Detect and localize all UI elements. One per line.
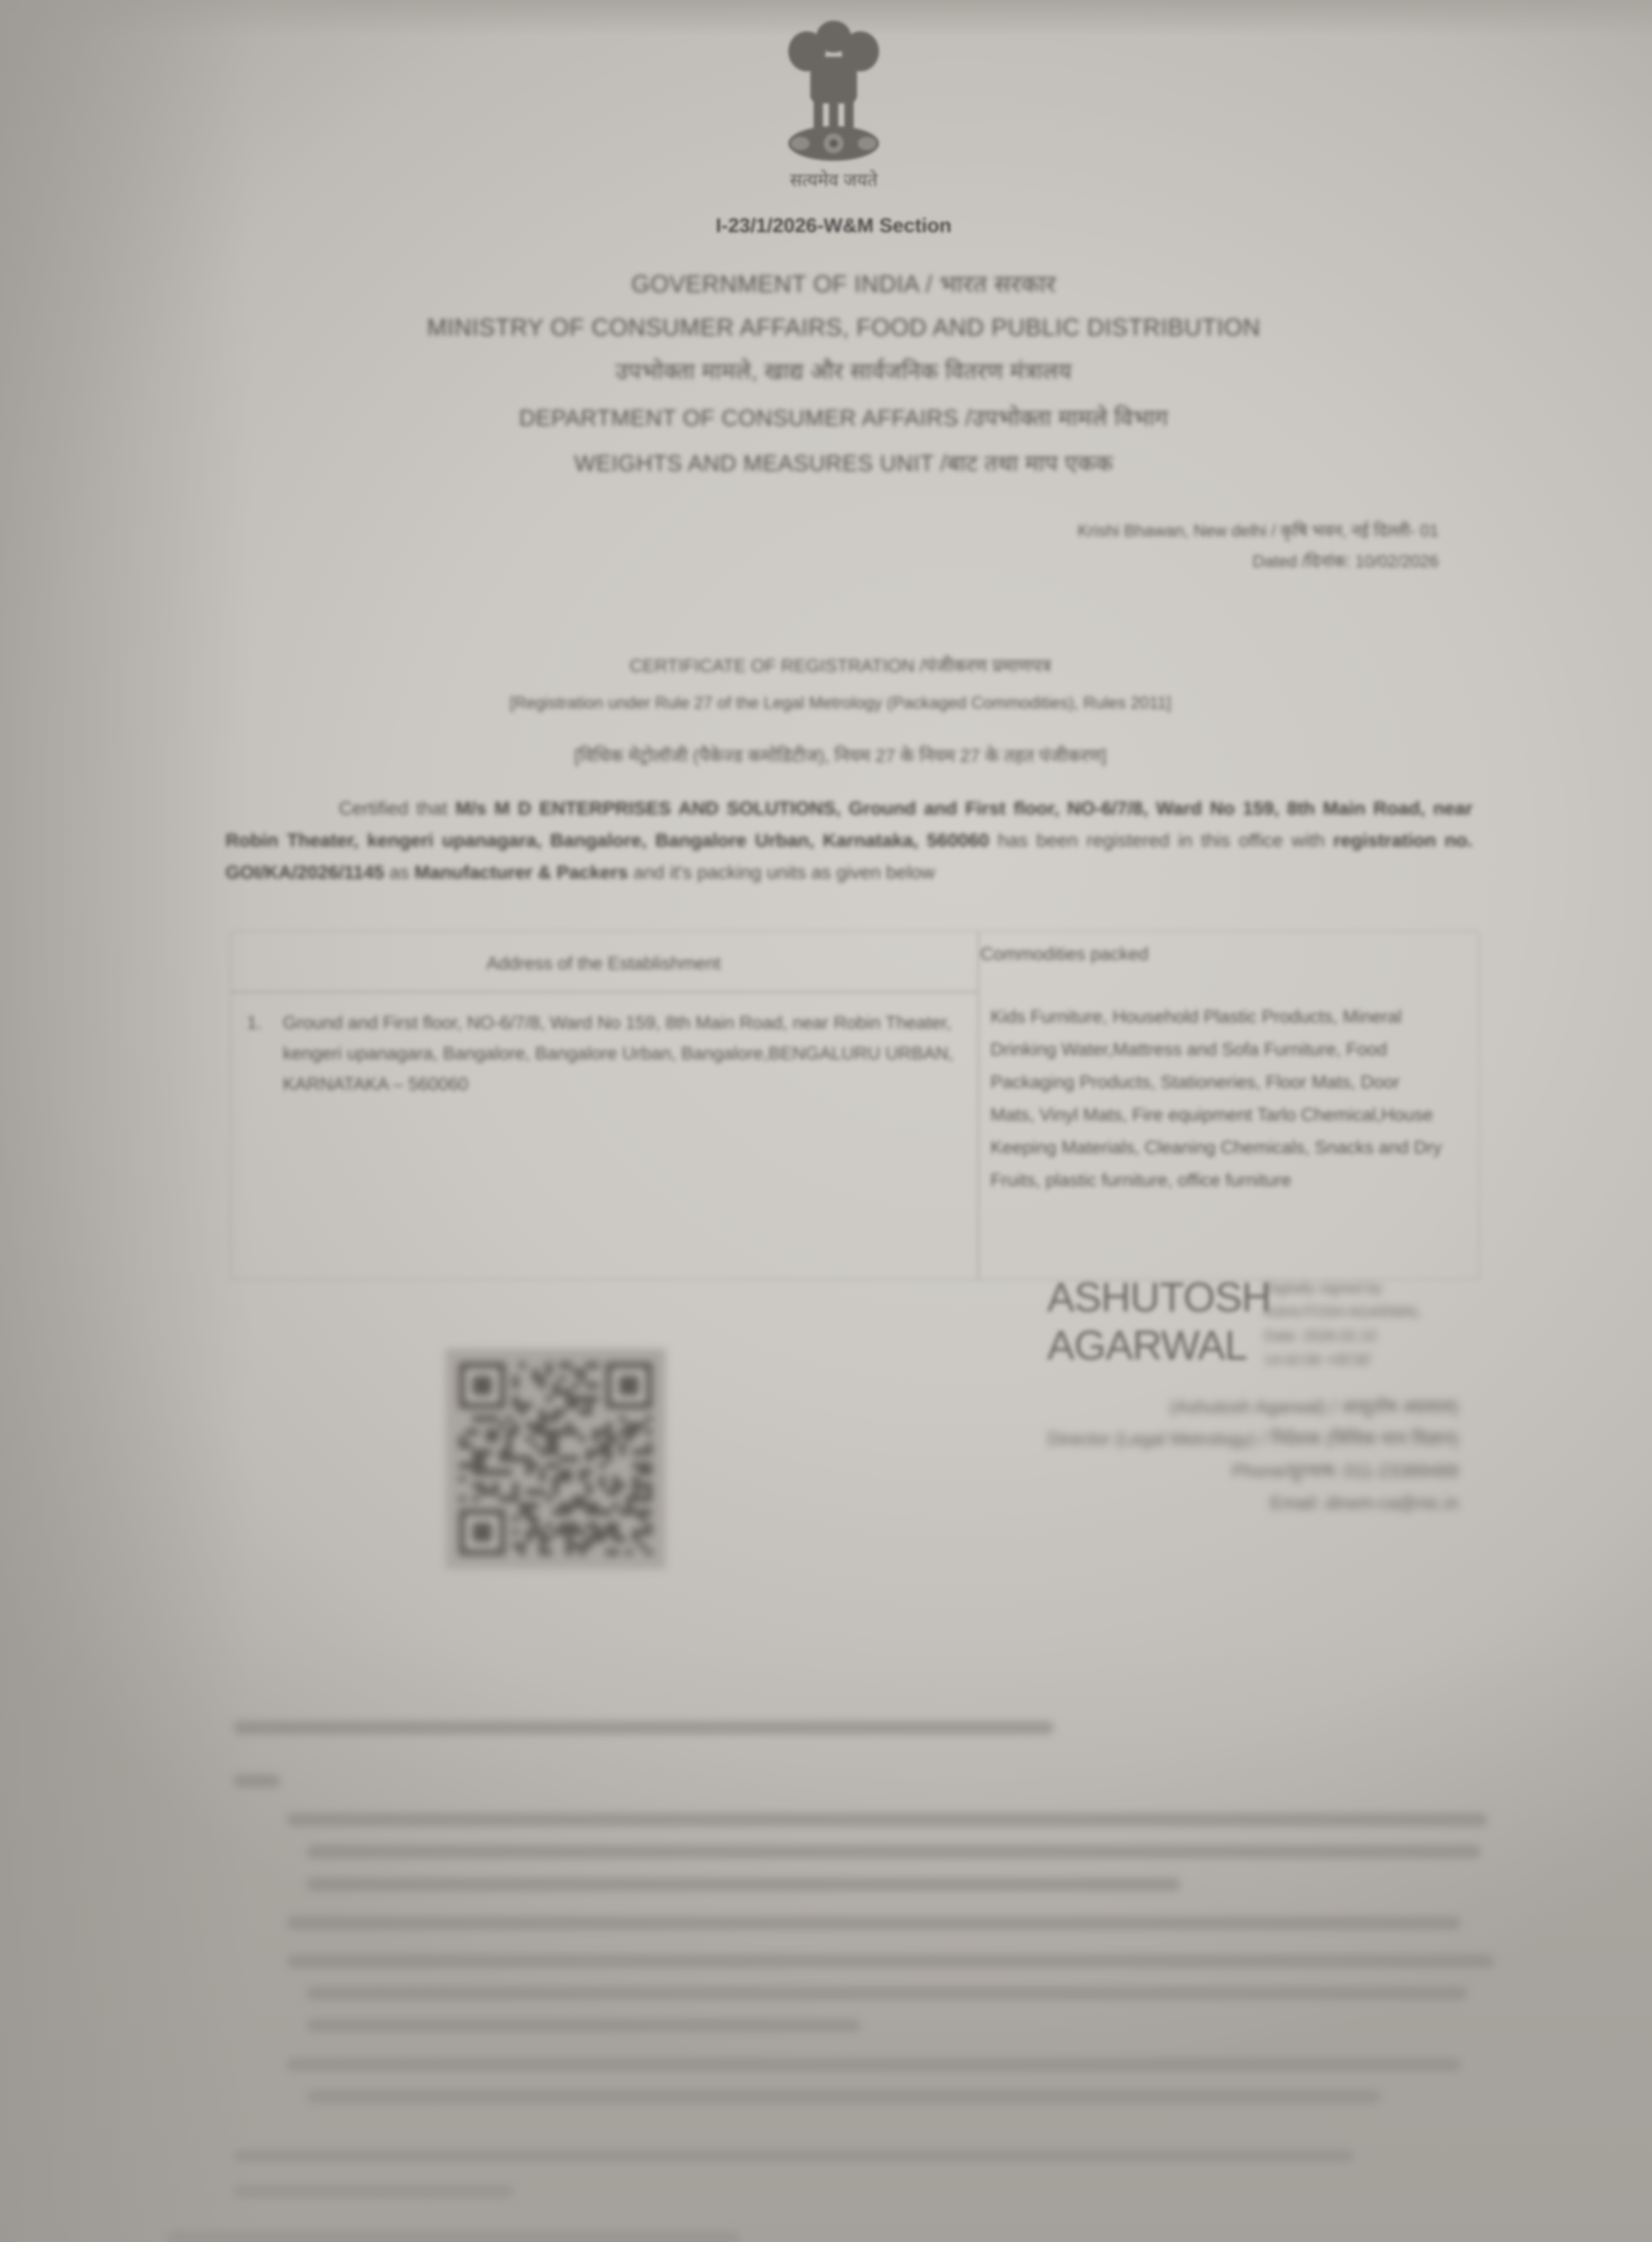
sig-meta-line: 14:42:06 +05'30' [1264, 1348, 1477, 1372]
header-unit: WEIGHTS AND MEASURES UNIT /बाट तथा माप ए… [333, 447, 1354, 478]
header-ministry-hindi: उपभोक्ता मामले, खाद्य और सार्वजनिक वितरण… [333, 355, 1354, 386]
header-department: DEPARTMENT OF CONSUMER AFFAIRS /उपभोक्ता… [333, 402, 1354, 432]
commodities-list: Kids Furniture, Household Plastic Produc… [990, 1001, 1444, 1197]
commodities-column-header: Commodities packed [980, 944, 1148, 965]
file-number: I-23/1/2026-W&M Section [600, 215, 1067, 237]
sig-meta-line: ASHUTOSH AGARWAL [1264, 1300, 1477, 1324]
header-government: GOVERNMENT OF INDIA / भारत सरकार [333, 267, 1354, 300]
photo-shadow [0, 0, 253, 2242]
sig-meta-line: Date: 2026.02.10 [1264, 1324, 1477, 1348]
certificate-rule-hindi: [विधिक मेट्रोलॉजी (पैकेज्ड कमोडिटीज), नि… [373, 742, 1307, 767]
certificate-rule: [Registration under Rule 27 of the Legal… [373, 694, 1307, 713]
cert-as: as [384, 862, 414, 883]
digital-signature-name: ASHUTOSH AGARWAL [1047, 1274, 1271, 1370]
issue-date: Dated /दिनांक: 10/02/2026 [1253, 550, 1439, 572]
header-ministry: MINISTRY OF CONSUMER AFFAIRS, FOOD AND P… [333, 314, 1354, 342]
qr-code-icon [446, 1349, 666, 1569]
signature-first-name: ASHUTOSH [1047, 1274, 1271, 1322]
certificate-title: CERTIFICATE OF REGISTRATION /पंजीकरण प्र… [373, 652, 1307, 677]
cert-suffix: and it's packing units as given below [628, 862, 935, 883]
signatory-email: Email: dirwm-ca@nic.in [858, 1487, 1459, 1519]
establishment-table: Address of the Establishment Commodities… [230, 931, 1477, 1277]
cert-mid: has been registered in this office with [989, 830, 1333, 851]
registration-role: Manufacturer & Packers [414, 862, 628, 883]
cert-prefix: Certified that [339, 798, 456, 818]
signature-last-name: AGARWAL [1047, 1322, 1271, 1370]
address-column-header: Address of the Establishment [230, 953, 977, 974]
establishment-address: Ground and First floor, NO-6/7/8, Ward N… [283, 1007, 963, 1099]
signatory-name: (Ashutosh Agarwal) / आशुतोष अग्रवाल) [858, 1391, 1459, 1423]
state-emblem-icon [774, 10, 894, 167]
sig-meta-line: Digitally signed by [1264, 1276, 1477, 1300]
digital-signature-details: Digitally signed by ASHUTOSH AGARWAL Dat… [1264, 1276, 1477, 1372]
emblem-motto: सत्यमेव जयते [734, 167, 934, 191]
certification-paragraph: Certified that M/s M D ENTERPRISES AND S… [225, 792, 1473, 889]
signatory-designation: Director (Legal Metrology) / निदेशक (विध… [858, 1423, 1459, 1455]
signatory-phone: Phone/दूरभाष: 011-23389489 [858, 1455, 1459, 1487]
issue-place: Krishi Bhawan, New delhi / कृषि भवन, नई … [1078, 519, 1439, 542]
signatory-block: (Ashutosh Agarwal) / आशुतोष अग्रवाल) Dir… [858, 1391, 1459, 1519]
